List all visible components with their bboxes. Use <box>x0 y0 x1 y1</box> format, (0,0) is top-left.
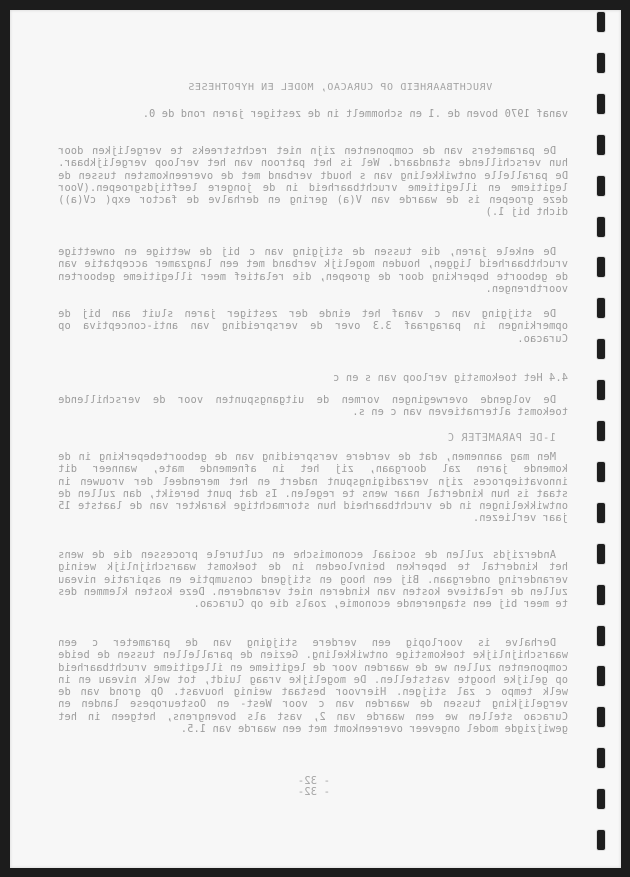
binding-hole <box>597 135 605 155</box>
binding-hole <box>597 176 605 196</box>
binding-hole <box>597 53 605 73</box>
binding-hole <box>597 462 605 482</box>
binding-hole <box>597 830 605 850</box>
binding-hole <box>597 12 605 32</box>
binding-hole <box>597 585 605 605</box>
binding-hole <box>597 421 605 441</box>
binding-hole <box>597 380 605 400</box>
binding-hole <box>597 503 605 523</box>
binding-hole <box>597 789 605 809</box>
binding-hole <box>597 298 605 318</box>
binding-hole <box>597 748 605 768</box>
binding-holes <box>597 10 607 868</box>
binding-hole <box>597 94 605 114</box>
binding-hole <box>597 339 605 359</box>
binding-hole <box>597 217 605 237</box>
binding-hole <box>597 666 605 686</box>
binding-hole <box>597 626 605 646</box>
binding-hole <box>597 257 605 277</box>
binding-hole <box>597 544 605 564</box>
binding-hole <box>597 707 605 727</box>
scanned-page <box>10 10 621 868</box>
